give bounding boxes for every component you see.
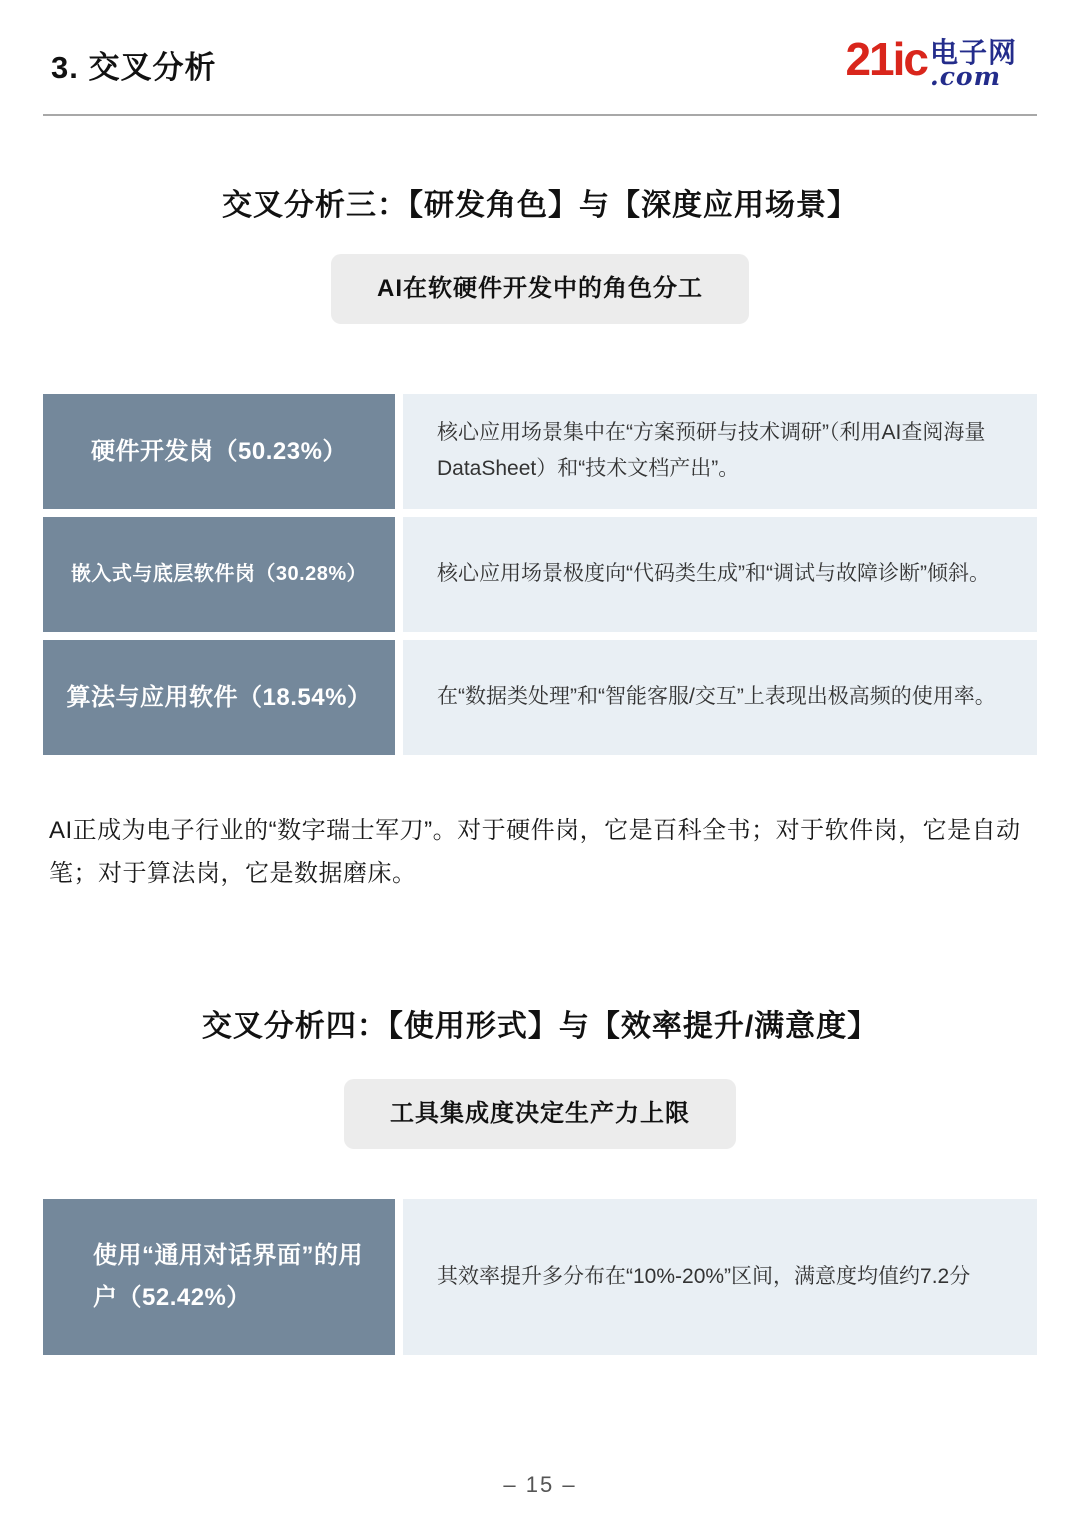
section3-subtitle-pill: AI在软硬件开发中的角色分工: [331, 254, 749, 324]
page-header: 3. 交叉分析 21ic 电子网 .com: [43, 34, 1037, 88]
21ic-logo: 21ic 电子网 .com: [845, 38, 1017, 88]
table-row: 算法与应用软件（18.54%） 在“数据类处理”和“智能客服/交互”上表现出极高…: [43, 640, 1037, 755]
row-desc-embedded: 核心应用场景极度向“代码类生成”和“调试与故障诊断”倾斜。: [403, 517, 1037, 632]
section-cross-analysis-3: 交叉分析三：【研发角色】与【深度应用场景】 AI在软硬件开发中的角色分工 硬件开…: [43, 188, 1037, 895]
row-label-embedded: 嵌入式与底层软件岗（30.28%）: [43, 517, 395, 632]
section3-summary-paragraph: AI正成为电子行业的“数字瑞士军刀”。对于硬件岗，它是百科全书；对于软件岗，它是…: [49, 809, 1033, 895]
row-label-algorithm: 算法与应用软件（18.54%）: [43, 640, 395, 755]
table-row: 使用“通用对话界面”的用户（52.42%） 其效率提升多分布在“10%-20%”…: [43, 1199, 1037, 1355]
section4-title: 交叉分析四：【使用形式】与【效率提升/满意度】: [43, 1009, 1037, 1045]
logo-com-text: .com: [930, 66, 1001, 87]
row-label-hardware: 硬件开发岗（50.23%）: [43, 394, 395, 509]
row-desc-hardware: 核心应用场景集中在“方案预研与技术调研”（利用AI查阅海量DataSheet）和…: [403, 394, 1037, 509]
section-cross-analysis-4: 交叉分析四：【使用形式】与【效率提升/满意度】 工具集成度决定生产力上限 使用“…: [43, 1009, 1037, 1355]
table-row: 嵌入式与底层软件岗（30.28%） 核心应用场景极度向“代码类生成”和“调试与故…: [43, 517, 1037, 632]
table-row: 硬件开发岗（50.23%） 核心应用场景集中在“方案预研与技术调研”（利用AI查…: [43, 394, 1037, 509]
roles-table: 硬件开发岗（50.23%） 核心应用场景集中在“方案预研与技术调研”（利用AI查…: [43, 394, 1037, 755]
row-desc-algorithm: 在“数据类处理”和“智能客服/交互”上表现出极高频的使用率。: [403, 640, 1037, 755]
logo-right-block: 电子网 .com: [930, 38, 1017, 88]
row-label-chat-interface-users: 使用“通用对话界面”的用户（52.42%）: [43, 1199, 395, 1355]
section3-title: 交叉分析三：【研发角色】与【深度应用场景】: [43, 188, 1037, 224]
usage-table: 使用“通用对话界面”的用户（52.42%） 其效率提升多分布在“10%-20%”…: [43, 1199, 1037, 1355]
report-page: 3. 交叉分析 21ic 电子网 .com 交叉分析三：【研发角色】与【深度应用…: [0, 0, 1080, 1530]
section4-subtitle-pill: 工具集成度决定生产力上限: [344, 1079, 736, 1149]
logo-21ic-text: 21ic: [845, 38, 927, 82]
row-desc-chat-interface-users: 其效率提升多分布在“10%-20%”区间，满意度均值约7.2分: [403, 1199, 1037, 1355]
page-number: – 15 –: [503, 1472, 576, 1497]
page-footer: – 15 –: [0, 1472, 1080, 1498]
page-title: 3. 交叉分析: [51, 42, 216, 87]
header-divider: [43, 114, 1037, 116]
